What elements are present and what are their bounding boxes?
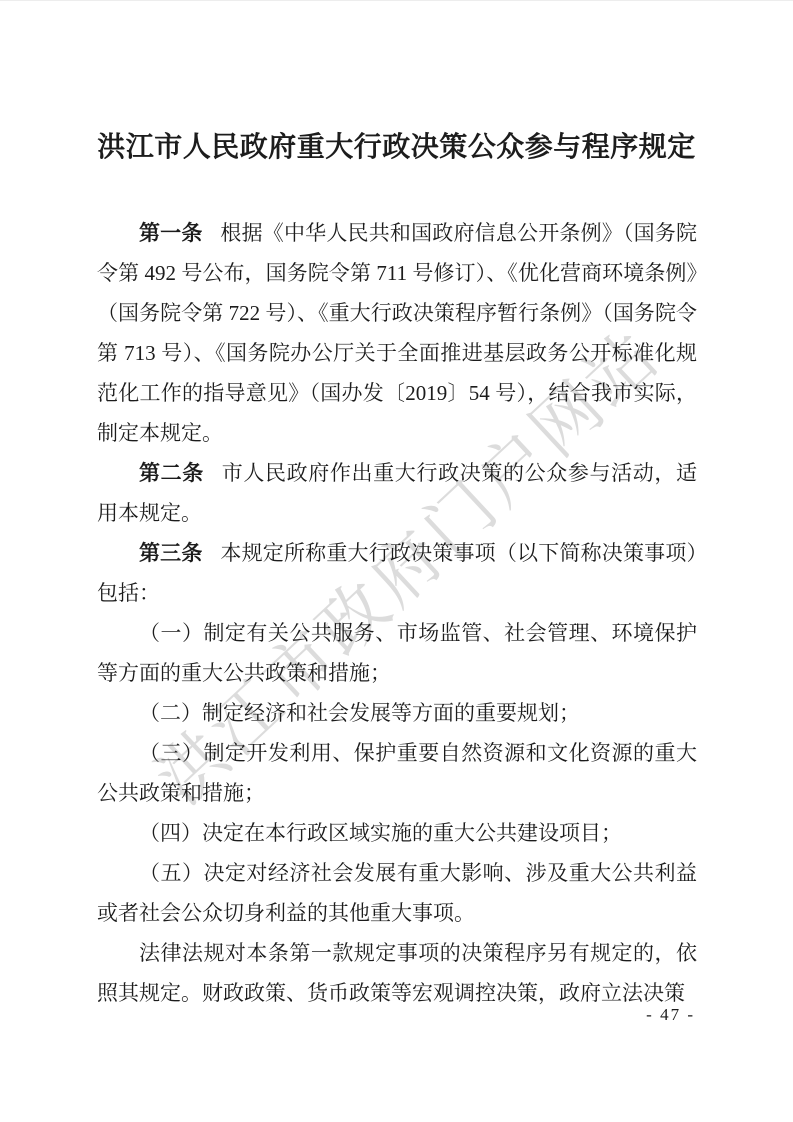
document-title: 洪江市人民政府重大行政决策公众参与程序规定 [0, 125, 793, 165]
paragraph-article-1: 第一条根据《中华人民共和国政府信息公开条例》（国务院令第 492 号公布，国务院… [97, 213, 697, 453]
page-number: - 47 - [646, 1005, 695, 1025]
article-number: 第一条 [139, 221, 203, 245]
article-number: 第二条 [139, 461, 204, 485]
paragraph-item-4: （四）决定在本行政区域实施的重大公共建设项目； [97, 813, 697, 853]
paragraph-item-3: （三）制定开发利用、保护重要自然资源和文化资源的重大公共政策和措施； [97, 733, 697, 813]
paragraph-closing: 法律法规对本条第一款规定事项的决策程序另有规定的，依照其规定。财政政策、货币政策… [97, 933, 697, 1013]
paragraph-article-3: 第三条本规定所称重大行政决策事项（以下简称决策事项）包括： [97, 533, 697, 613]
paragraph-item-5: （五）决定对经济社会发展有重大影响、涉及重大公共利益或者社会公众切身利益的其他重… [97, 853, 697, 933]
paragraph-text: （四）决定在本行政区域实施的重大公共建设项目； [139, 821, 622, 845]
paragraph-text: （一）制定有关公共服务、市场监管、社会管理、环境保护等方面的重大公共政策和措施； [97, 621, 697, 685]
paragraph-text: （五）决定对经济社会发展有重大影响、涉及重大公共利益或者社会公众切身利益的其他重… [97, 861, 697, 925]
document-page: 洪江市政府门户网站 洪江市人民政府重大行政决策公众参与程序规定 第一条根据《中华… [0, 0, 793, 1122]
document-body: 第一条根据《中华人民共和国政府信息公开条例》（国务院令第 492 号公布，国务院… [97, 213, 697, 1013]
paragraph-text: 根据《中华人民共和国政府信息公开条例》（国务院令第 492 号公布，国务院令第 … [97, 221, 697, 445]
paragraph-text: （二）制定经济和社会发展等方面的重要规划； [139, 701, 580, 725]
article-number: 第三条 [139, 541, 203, 565]
paragraph-item-2: （二）制定经济和社会发展等方面的重要规划； [97, 693, 697, 733]
paragraph-item-1: （一）制定有关公共服务、市场监管、社会管理、环境保护等方面的重大公共政策和措施； [97, 613, 697, 693]
paragraph-article-2: 第二条市人民政府作出重大行政决策的公众参与活动，适用本规定。 [97, 453, 697, 533]
paragraph-text: （三）制定开发利用、保护重要自然资源和文化资源的重大公共政策和措施； [97, 741, 697, 805]
paragraph-text: 法律法规对本条第一款规定事项的决策程序另有规定的，依照其规定。财政政策、货币政策… [97, 941, 697, 1005]
